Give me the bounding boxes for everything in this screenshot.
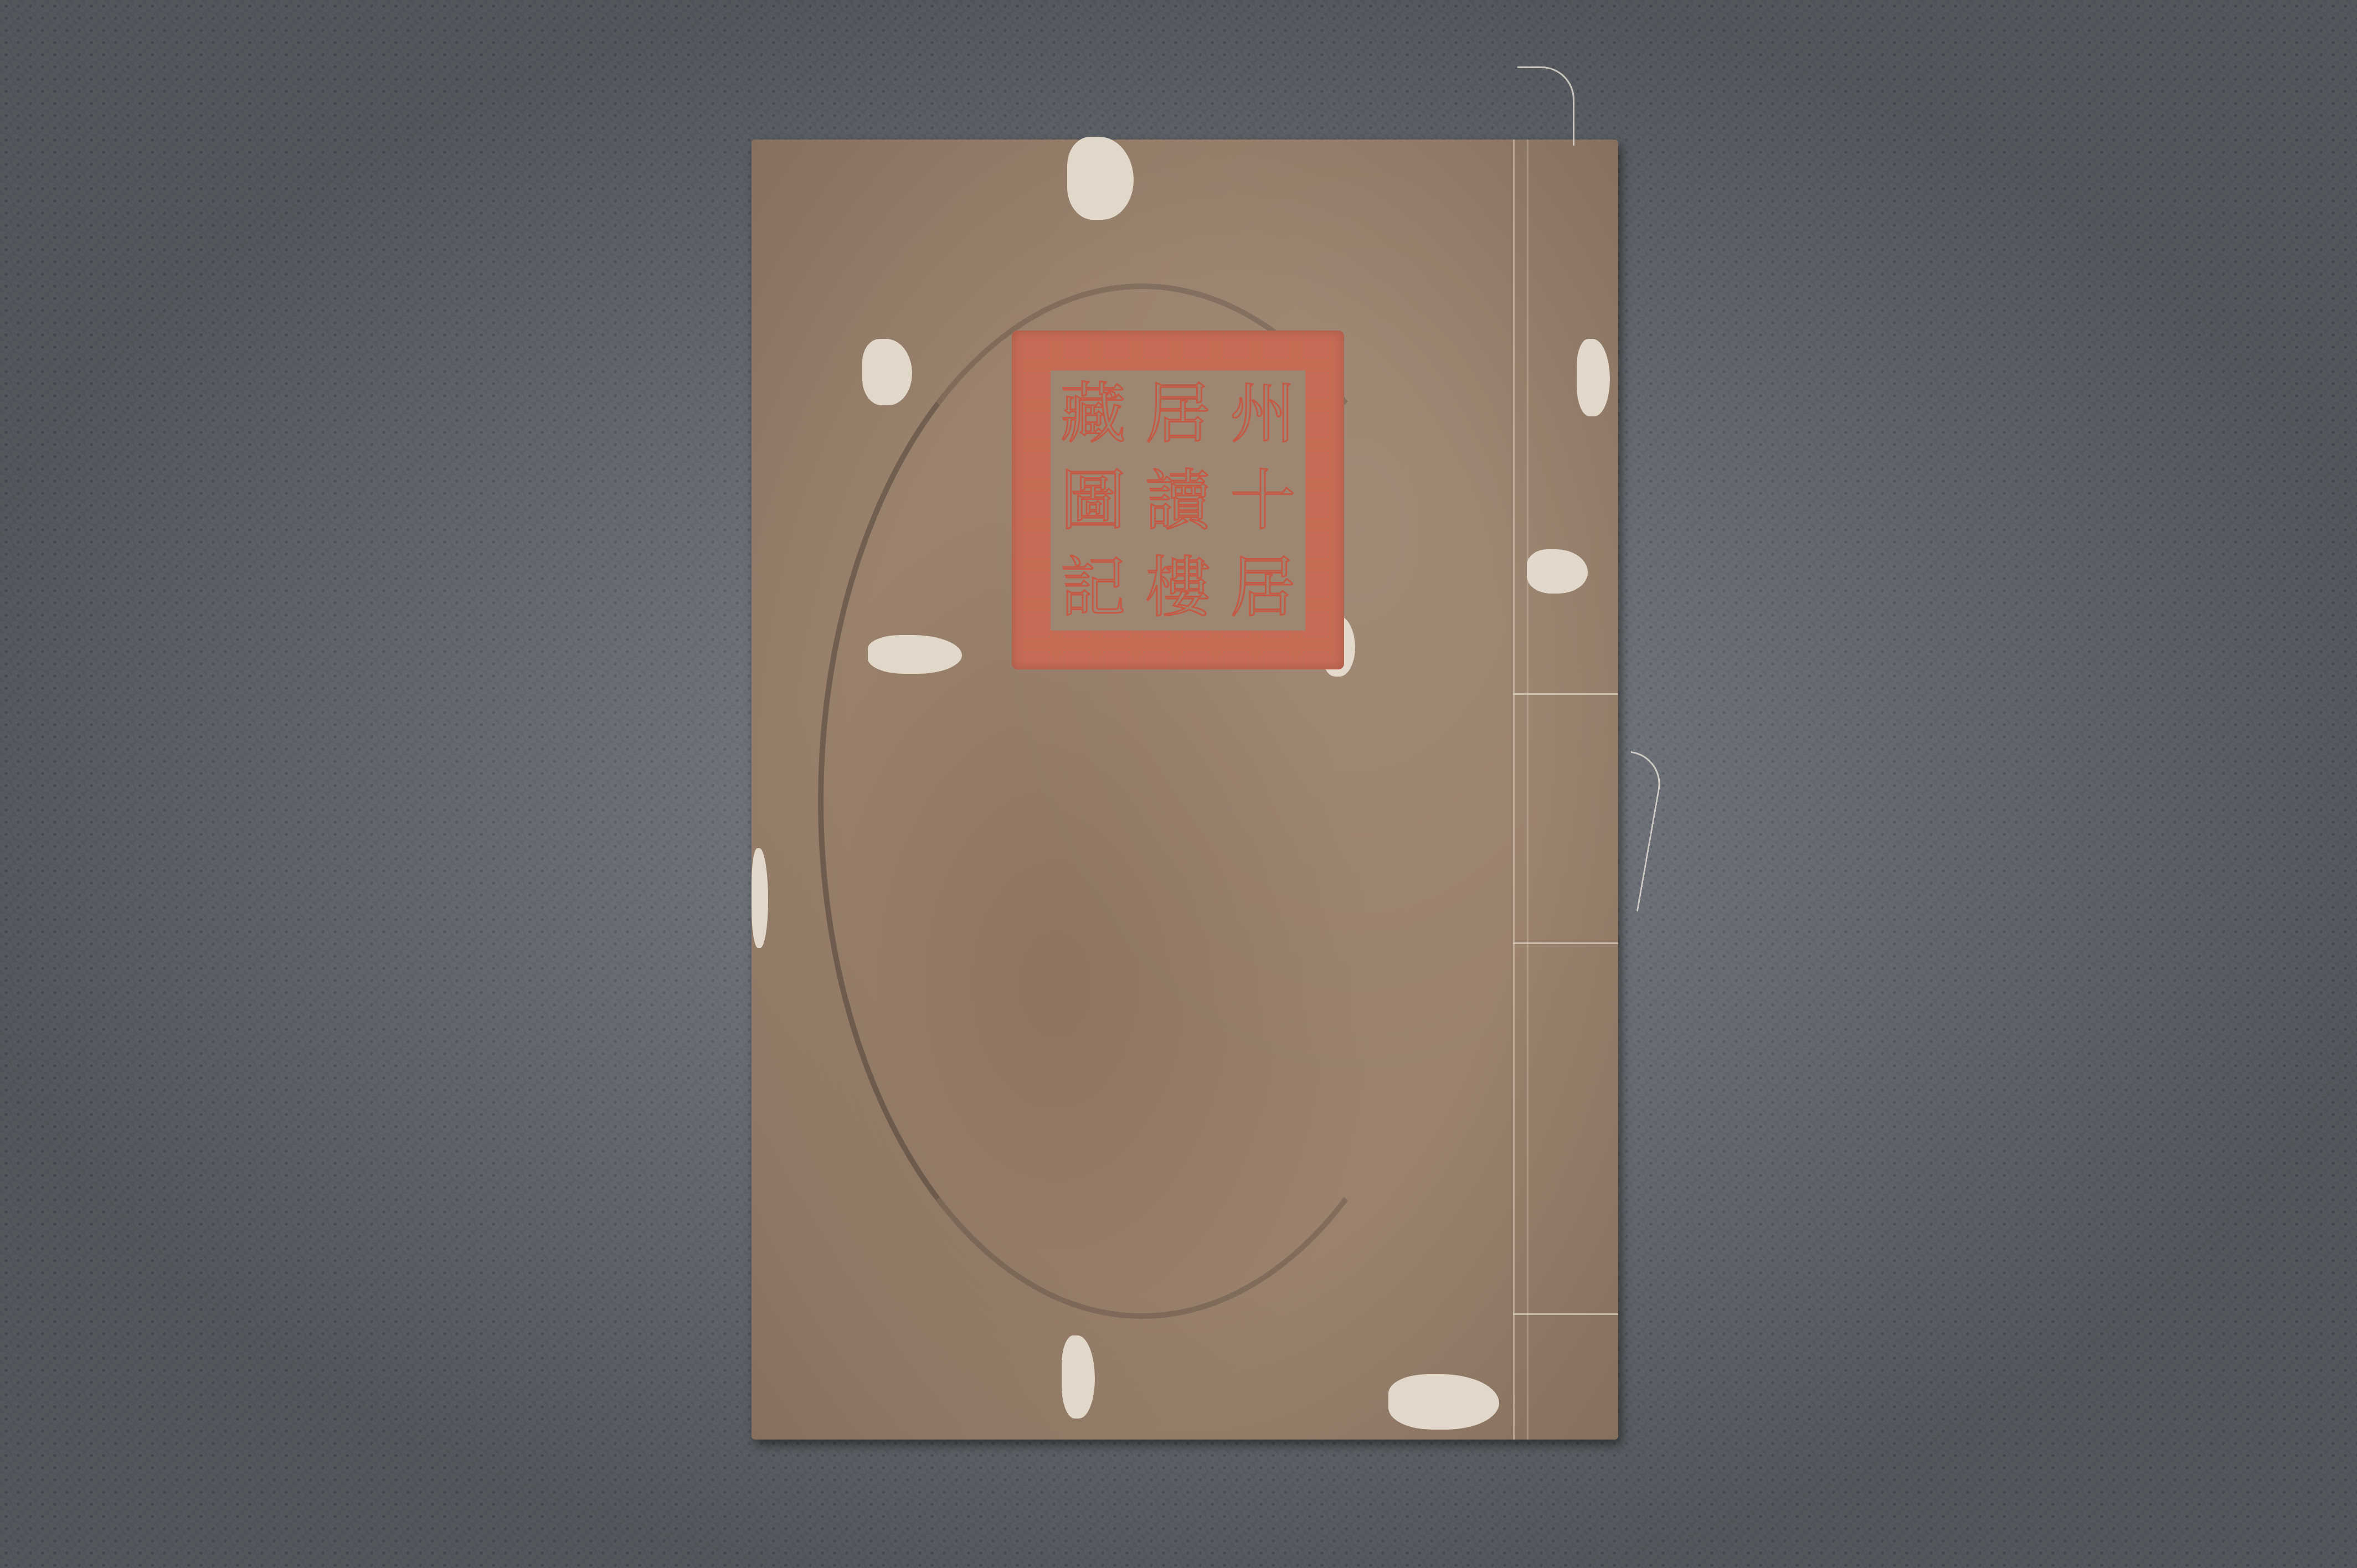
book-cover: 州 十 居 居 讀 樓 藏 圖 記 <box>752 140 1618 1440</box>
seal-char: 十 <box>1221 457 1305 544</box>
paper-tear <box>752 848 768 948</box>
paper-tear <box>1388 1374 1499 1430</box>
paper-tear <box>1067 137 1134 220</box>
seal-char: 居 <box>1135 370 1220 457</box>
seal-char: 樓 <box>1135 544 1220 631</box>
seal-char: 居 <box>1221 544 1305 631</box>
red-seal-stamp: 州 十 居 居 讀 樓 藏 圖 記 <box>1012 331 1344 669</box>
seal-inscription: 州 十 居 居 讀 樓 藏 圖 記 <box>1051 370 1305 631</box>
seal-char: 記 <box>1051 544 1135 631</box>
stitch-thread <box>1513 693 1618 695</box>
binding-line <box>1527 140 1529 1440</box>
stitch-thread <box>1513 1313 1618 1315</box>
paper-tear <box>1062 1335 1095 1419</box>
seal-char: 讀 <box>1135 457 1220 544</box>
loose-thread <box>1517 66 1574 146</box>
paper-tear <box>1577 339 1610 416</box>
binding-line <box>1513 140 1515 1440</box>
seal-char: 藏 <box>1051 370 1135 457</box>
paper-tear <box>862 339 912 405</box>
stitch-thread <box>1513 942 1618 944</box>
seal-char: 州 <box>1221 370 1305 457</box>
seal-char: 圖 <box>1051 457 1135 544</box>
paper-tear <box>1527 549 1588 594</box>
paper-tear <box>868 635 962 674</box>
